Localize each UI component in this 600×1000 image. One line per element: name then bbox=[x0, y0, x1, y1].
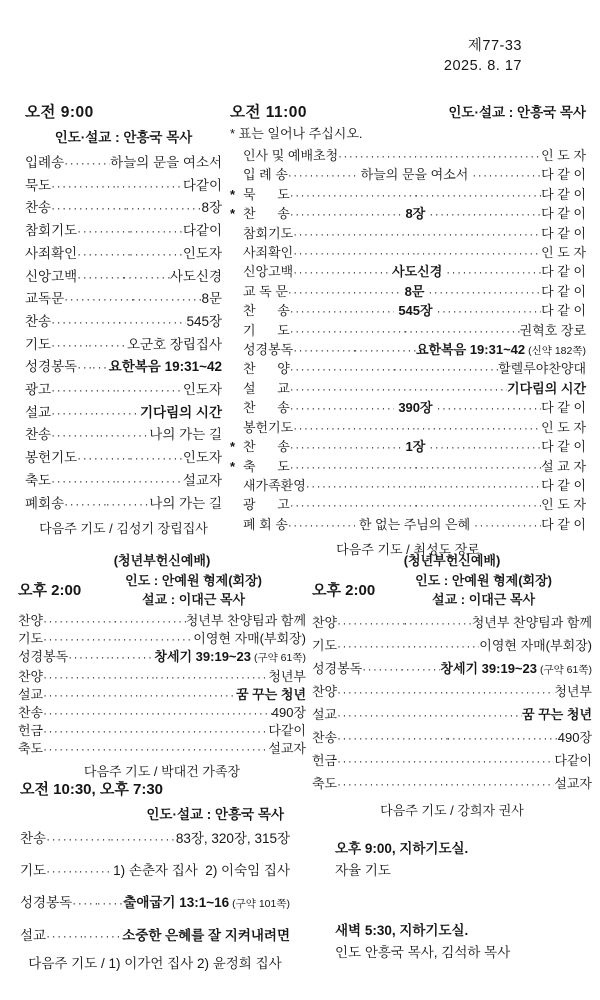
stand-asterisk: * bbox=[230, 205, 243, 223]
dot-leader bbox=[288, 516, 355, 535]
dot-leader bbox=[288, 283, 401, 302]
dot-leader bbox=[106, 493, 150, 516]
dot-leader bbox=[43, 612, 115, 630]
dot-leader bbox=[290, 458, 417, 477]
page-reference: (구약 61쪽) bbox=[251, 650, 306, 667]
dot-leader bbox=[290, 205, 402, 224]
order-row: 찬송 83장, 320장, 315장 bbox=[20, 823, 290, 855]
order-item-label: 성경봉독 bbox=[25, 356, 77, 379]
dot-leader bbox=[446, 263, 541, 282]
order-item-mid-value: 545장 bbox=[394, 302, 436, 320]
order-item-label: 신앙고백 bbox=[243, 263, 293, 281]
order-row: 참회기도 다 같 이 bbox=[230, 225, 586, 244]
dot-leader bbox=[116, 379, 183, 402]
order-item-value: 다 같 이 bbox=[541, 263, 586, 281]
dot-leader bbox=[293, 263, 388, 282]
dot-leader bbox=[77, 220, 131, 243]
dot-leader bbox=[337, 681, 447, 704]
order-item-value: 인 도 자 bbox=[541, 244, 586, 262]
order-item-label: 기도 bbox=[312, 635, 337, 657]
service-time: 오후 2:00 bbox=[312, 571, 375, 609]
dot-leader bbox=[337, 612, 405, 635]
service-time: 오전 11:00 bbox=[230, 100, 307, 122]
dot-leader bbox=[290, 399, 395, 418]
page-reference: (신약 182쪽) bbox=[525, 342, 586, 360]
order-item-label: 찬 송 bbox=[243, 205, 290, 223]
dot-leader bbox=[429, 704, 522, 727]
dot-leader bbox=[445, 773, 555, 796]
dot-leader bbox=[422, 477, 541, 496]
order-item-label: 찬 송 bbox=[243, 438, 290, 456]
service-time: 오후 2:00 bbox=[18, 571, 81, 609]
order-item-value: 인 도 자 bbox=[541, 496, 586, 514]
dot-leader bbox=[99, 424, 149, 447]
dot-leader bbox=[428, 283, 541, 302]
order-row: 찬양 청년부 bbox=[18, 668, 306, 686]
order-row: 교독문 8문 bbox=[25, 288, 222, 311]
order-item-value: 사도신경 bbox=[170, 266, 222, 289]
dot-leader bbox=[437, 302, 542, 321]
dawn-prayer: 새벽 5:30, 지하기도실. 인도 안흥국 목사, 김석하 목사 bbox=[335, 920, 590, 964]
order-row: 축도 설교자 bbox=[312, 773, 592, 796]
dot-leader bbox=[123, 266, 170, 289]
order-item-label: 신앙고백 bbox=[25, 266, 77, 289]
dot-leader bbox=[290, 380, 400, 399]
order-item-value: 청년부 bbox=[554, 681, 592, 703]
order-item-value: 인도자 bbox=[183, 243, 222, 266]
dot-leader bbox=[290, 496, 417, 515]
dot-leader bbox=[43, 740, 157, 758]
order-row: 설교 소중한 은혜를 잘 지켜내려면 bbox=[20, 920, 290, 952]
order-row: 성경봉독 요한복음 19:31~42 bbox=[25, 356, 222, 379]
order-item-value: 나의 가는 길 bbox=[149, 493, 222, 516]
order-item-mid-value: 8문 bbox=[401, 283, 429, 301]
dot-leader bbox=[290, 302, 395, 321]
order-item-label: 설교 bbox=[312, 704, 337, 726]
next-week-prayer: 다음주 기도 / 김성기 장립집사 bbox=[25, 518, 222, 537]
order-item-label: 헌금 bbox=[312, 750, 337, 772]
order-item-value: 창세기 39:19~23 bbox=[154, 648, 251, 665]
order-row: 성경봉독 창세기 39:19~23 (구약 61쪽) bbox=[312, 658, 592, 681]
dot-leader bbox=[51, 311, 120, 334]
order-item-value: 다 같 이 bbox=[541, 225, 586, 243]
order-item-value: 다 같 이 bbox=[541, 166, 586, 184]
order-item-label: 찬송 bbox=[18, 704, 43, 721]
dot-leader bbox=[437, 399, 542, 418]
dot-leader bbox=[51, 470, 118, 493]
order-item-value: 이영현 자매(부회장) bbox=[479, 635, 592, 657]
evening-prayer: 오후 9:00, 지하기도실. 자율 기도 bbox=[335, 838, 590, 882]
order-item-label: 참회기도 bbox=[243, 225, 293, 243]
order-item-label: 설교 bbox=[25, 402, 51, 425]
order-row: 입례송 하늘의 문을 여소서 bbox=[25, 152, 222, 175]
dot-leader bbox=[139, 686, 236, 704]
dot-leader bbox=[43, 668, 157, 686]
order-item-value: 다같이 bbox=[554, 750, 592, 772]
dot-leader bbox=[393, 360, 498, 379]
issue-number: 제77-33 bbox=[444, 36, 522, 56]
service-leader-line1: 인도 : 안예원 형제(회장) bbox=[125, 573, 262, 588]
dot-leader bbox=[51, 379, 118, 402]
stand-note: * 표는 일어나 주십시오. bbox=[230, 124, 586, 144]
order-item-value: 나의 가는 길 bbox=[149, 424, 222, 447]
order-item-value: 다같이 bbox=[183, 175, 222, 198]
order-item-value: 83장, 320장, 315장 bbox=[176, 823, 290, 854]
stand-asterisk: * bbox=[230, 458, 243, 476]
youth-service-title: (청년부헌신예배) bbox=[312, 552, 592, 570]
order-item-value: 청년부 찬양팀과 함께 bbox=[186, 612, 306, 629]
dot-leader bbox=[290, 438, 402, 457]
dot-leader bbox=[337, 773, 447, 796]
dot-leader bbox=[290, 186, 417, 205]
order-item-label: 설교 bbox=[20, 920, 46, 951]
order-item-label: 찬송 bbox=[312, 727, 337, 749]
dot-leader bbox=[79, 855, 114, 887]
dot-leader bbox=[97, 887, 124, 919]
order-row: 새가족환영 다 같 이 bbox=[230, 477, 586, 496]
dot-leader bbox=[337, 727, 448, 750]
order-row: 신앙고백 사도신경 다 같 이 bbox=[230, 263, 586, 282]
order-item-value: 다 같 이 bbox=[541, 399, 586, 417]
order-item-label: 찬송 bbox=[20, 823, 46, 854]
order-item-value: 다 같 이 bbox=[541, 438, 586, 456]
order-row: 성경봉독 요한복음 19:31~42 (신약 182쪽) bbox=[230, 341, 586, 360]
order-row: * 찬 송 8장 다 같 이 bbox=[230, 205, 586, 224]
order-item-label: 폐회송 bbox=[25, 493, 64, 516]
dot-leader bbox=[288, 166, 357, 185]
dot-leader bbox=[43, 722, 157, 740]
order-item-label: 설 교 bbox=[243, 380, 290, 398]
order-row: 폐회송 나의 가는 길 bbox=[25, 493, 222, 516]
dot-leader bbox=[293, 341, 355, 360]
order-item-mid-value: 하늘의 문을 여소서 bbox=[357, 166, 473, 184]
dot-leader bbox=[414, 496, 541, 515]
order-row: 참회기도 다같이 bbox=[25, 220, 222, 243]
dot-leader bbox=[86, 152, 110, 175]
section-youth-service-right: (청년부헌신예배) 오후 2:00 인도 : 안예원 형제(회장) 설교 : 이… bbox=[312, 552, 592, 819]
dot-leader bbox=[293, 225, 418, 244]
section-youth-service-left: (청년부헌신예배) 오후 2:00 인도 : 안예원 형제(회장) 설교 : 이… bbox=[18, 552, 306, 780]
service-leader-line2: 설교 : 이대근 목사 bbox=[432, 592, 535, 607]
dot-leader bbox=[306, 477, 425, 496]
order-item-label: 폐 회 송 bbox=[243, 516, 288, 534]
order-item-value: 8장 bbox=[201, 197, 222, 220]
order-item-label: 찬 송 bbox=[243, 399, 290, 417]
order-item-value: 545장 bbox=[186, 311, 222, 334]
service-time: 오전 9:00 bbox=[25, 100, 222, 122]
order-item-label: 축도 bbox=[312, 773, 337, 795]
order-item-value: 8문 bbox=[201, 288, 222, 311]
order-item-value: 기다림의 시간 bbox=[507, 380, 586, 398]
dot-leader bbox=[116, 470, 183, 493]
dot-leader bbox=[446, 727, 557, 750]
order-item-value: 다 같 이 bbox=[541, 516, 586, 534]
dot-leader bbox=[43, 704, 158, 722]
order-row: 찬 송 545장 다 같 이 bbox=[230, 302, 586, 321]
order-item-value: 1) 손춘자 집사 2) 이숙임 집사 bbox=[113, 855, 290, 886]
service-leader: 인도·설교 : 안흥국 목사 bbox=[448, 101, 586, 121]
dot-leader bbox=[290, 322, 406, 341]
next-week-prayer: 다음주 기도 / 강희자 권사 bbox=[312, 800, 592, 819]
order-row: 설 교 기다림의 시간 bbox=[230, 380, 586, 399]
order-row: * 찬 송 1장 다 같 이 bbox=[230, 438, 586, 457]
dot-leader bbox=[95, 402, 140, 425]
order-item-value: 다 같 이 bbox=[541, 186, 586, 204]
dot-leader bbox=[474, 516, 541, 535]
prayer-time: 새벽 5:30, 지하기도실. bbox=[335, 920, 590, 942]
order-row: 사죄확인 인 도 자 bbox=[230, 244, 586, 263]
order-item-mid-value: 390장 bbox=[394, 399, 436, 417]
order-item-value: 490장 bbox=[558, 727, 592, 749]
order-of-worship: 찬양 청년부 찬양팀과 함께 기도 이영현 자매(부회장) bbox=[18, 612, 306, 759]
order-item-label: 인사 및 예배초청 bbox=[243, 147, 338, 165]
dot-leader bbox=[337, 750, 447, 773]
order-item-value: 설교자 bbox=[554, 773, 592, 795]
order-row: 기도 오군호 장립집사 bbox=[25, 334, 222, 357]
order-item-label: 축 도 bbox=[243, 458, 290, 476]
dot-leader bbox=[416, 225, 541, 244]
order-item-label: 설교 bbox=[18, 686, 43, 703]
order-row: 성경봉독 출애굽기 13:1~16 (구약 101쪽) bbox=[20, 887, 290, 920]
order-item-label: 찬양 bbox=[18, 668, 43, 685]
order-item-label: 성경봉독 bbox=[20, 887, 72, 918]
order-row: 설교 꿈 꾸는 청년 bbox=[312, 704, 592, 727]
dot-leader bbox=[445, 750, 555, 773]
order-item-label: 헌금 bbox=[18, 722, 43, 739]
prayer-time: 오후 9:00, 지하기도실. bbox=[335, 838, 590, 860]
order-item-label: 입 례 송 bbox=[243, 166, 288, 184]
order-item-label: 봉헌기도 bbox=[243, 419, 293, 437]
prayer-detail: 인도 안흥국 목사, 김석하 목사 bbox=[335, 942, 590, 964]
dot-leader bbox=[113, 612, 185, 630]
dot-leader bbox=[129, 243, 183, 266]
dot-leader bbox=[445, 681, 555, 704]
order-item-label: 광고 bbox=[25, 379, 51, 402]
order-item-label: 교 독 문 bbox=[243, 283, 288, 301]
order-item-value: 꿈 꾸는 청년 bbox=[236, 686, 306, 703]
order-item-label: 찬 양 bbox=[243, 360, 290, 378]
service-leader: 인도·설교 : 안흥국 목사 bbox=[25, 126, 222, 146]
order-item-label: 찬양 bbox=[312, 681, 337, 703]
dot-leader bbox=[43, 686, 140, 704]
order-item-label: 성경봉독 bbox=[18, 648, 68, 665]
dot-leader bbox=[472, 166, 541, 185]
masthead: 제77-33 2025. 8. 17 bbox=[444, 36, 522, 76]
order-item-value: 청년부 찬양팀과 함께 bbox=[472, 612, 592, 634]
dot-leader bbox=[51, 175, 118, 198]
order-item-label: 찬양 bbox=[18, 612, 43, 629]
dot-leader bbox=[46, 823, 112, 855]
dot-leader bbox=[414, 186, 541, 205]
order-row: 봉헌기도 인 도 자 bbox=[230, 419, 586, 438]
service-leaders: 인도 : 안예원 형제(회장) 설교 : 이대근 목사 bbox=[81, 571, 306, 609]
order-row: * 축 도 설 교 자 bbox=[230, 458, 586, 477]
order-item-label: 교독문 bbox=[25, 288, 64, 311]
dot-leader bbox=[83, 920, 122, 952]
order-item-value: 할렐루야찬양대 bbox=[498, 360, 586, 378]
service-header: 오전 11:00 인도·설교 : 안흥국 목사 bbox=[230, 100, 586, 122]
order-item-value: 오군호 장립집사 bbox=[127, 334, 222, 357]
service-leader-line2: 설교 : 이대근 목사 bbox=[142, 592, 245, 607]
page-reference: (구약 101쪽) bbox=[229, 889, 290, 920]
order-item-value: 기다림의 시간 bbox=[140, 402, 222, 425]
order-item-value: 다같이 bbox=[183, 220, 222, 243]
dot-leader bbox=[337, 704, 430, 727]
order-item-label: 묵도 bbox=[25, 175, 51, 198]
order-item-label: 축도 bbox=[18, 740, 43, 757]
order-row: 광 고 인 도 자 bbox=[230, 496, 586, 515]
dot-leader bbox=[132, 288, 202, 311]
dot-leader bbox=[116, 175, 183, 198]
order-of-worship: 인사 및 예배초청 인 도 자 입 례 송 하늘의 문을 여소서 다 같 이 bbox=[230, 147, 586, 535]
dot-leader bbox=[293, 419, 418, 438]
order-item-value: 인 도 자 bbox=[541, 147, 586, 165]
order-row: 축도 설교자 bbox=[25, 470, 222, 493]
dot-leader bbox=[51, 402, 96, 425]
dot-leader bbox=[416, 244, 541, 263]
order-row: 설교 꿈 꾸는 청년 bbox=[18, 686, 306, 704]
order-item-label: 찬송 bbox=[25, 311, 51, 334]
order-item-value: 요한복음 19:31~42 bbox=[416, 341, 525, 359]
order-row: 성경봉독 창세기 39:19~23 (구약 61쪽) bbox=[18, 648, 306, 667]
order-item-value: 소중한 은혜를 잘 지켜내려면 bbox=[122, 920, 290, 951]
dot-leader bbox=[290, 360, 395, 379]
order-item-mid-value: 1장 bbox=[402, 438, 430, 456]
youth-service-title: (청년부헌신예배) bbox=[18, 552, 306, 570]
order-item-label: 기도 bbox=[20, 855, 46, 886]
order-item-value: 요한복음 19:31~42 bbox=[109, 356, 222, 379]
order-item-value: 인 도 자 bbox=[541, 419, 586, 437]
order-item-label: 입례송 bbox=[25, 152, 64, 175]
order-item-label: 광 고 bbox=[243, 496, 290, 514]
order-item-value: 하늘의 문을 여소서 bbox=[110, 152, 222, 175]
next-week-prayer: 다음주 기도 / 박대건 가족장 bbox=[18, 761, 306, 780]
dot-leader bbox=[64, 288, 134, 311]
order-item-mid-value: 8장 bbox=[402, 205, 430, 223]
order-row: 기도 이영현 자매(부회장) bbox=[18, 630, 306, 648]
dot-leader bbox=[337, 635, 409, 658]
dot-leader bbox=[68, 648, 112, 666]
order-item-mid-value: 한 없는 주님의 은혜 bbox=[355, 516, 474, 534]
order-row: 교 독 문 8문 다 같 이 bbox=[230, 283, 586, 302]
order-item-label: 기 도 bbox=[243, 322, 290, 340]
dot-leader bbox=[77, 243, 131, 266]
issue-date: 2025. 8. 17 bbox=[444, 56, 522, 76]
order-row: 찬송 490장 bbox=[18, 704, 306, 722]
order-item-value: 다 같 이 bbox=[541, 205, 586, 223]
order-row: 봉헌기도 인도자 bbox=[25, 447, 222, 470]
order-item-value: 490장 bbox=[272, 704, 306, 721]
order-row: 찬송 490장 bbox=[312, 727, 592, 750]
order-item-value: 출애굽기 13:1~16 bbox=[123, 887, 229, 918]
dot-leader bbox=[64, 493, 108, 516]
dot-leader bbox=[129, 220, 183, 243]
stand-asterisk: * bbox=[230, 186, 243, 204]
order-item-label: 성경봉독 bbox=[243, 341, 293, 359]
order-item-value: 다 같 이 bbox=[541, 477, 586, 495]
dot-leader bbox=[77, 447, 131, 470]
dot-leader bbox=[156, 704, 271, 722]
dot-leader bbox=[414, 458, 541, 477]
dot-leader bbox=[72, 887, 99, 919]
order-item-value: 권혁호 장로 bbox=[520, 322, 586, 340]
order-row: 광고 인도자 bbox=[25, 379, 222, 402]
order-row: 설교 기다림의 시간 bbox=[25, 402, 222, 425]
order-item-label: 새가족환영 bbox=[243, 477, 306, 495]
order-item-label: 축도 bbox=[25, 470, 51, 493]
order-item-value: 설교자 bbox=[183, 470, 222, 493]
dot-leader bbox=[429, 438, 541, 457]
dot-leader bbox=[118, 311, 187, 334]
dot-leader bbox=[416, 419, 541, 438]
dot-leader bbox=[155, 668, 269, 686]
order-item-label: 사죄확인 bbox=[243, 244, 293, 262]
service-leaders: 인도 : 안예원 형제(회장) 설교 : 이대근 목사 bbox=[375, 571, 592, 609]
dot-leader bbox=[43, 630, 119, 648]
order-row: 찬양 청년부 찬양팀과 함께 bbox=[312, 612, 592, 635]
dot-leader bbox=[92, 356, 109, 379]
order-row: 기 도 권혁호 장로 bbox=[230, 322, 586, 341]
next-week-prayer: 다음주 기도 / 1) 이가언 집사 2) 윤정희 집사 bbox=[20, 952, 290, 976]
order-item-value: 이영현 자매(부회장) bbox=[193, 630, 306, 647]
order-row: 축도 설교자 bbox=[18, 740, 306, 758]
order-row: 헌금 다같이 bbox=[312, 750, 592, 773]
order-of-worship: 입례송 하늘의 문을 여소서 묵도 다같이 bbox=[25, 152, 222, 515]
order-row: 기도 이영현 자매(부회장) bbox=[312, 635, 592, 658]
bulletin-page: 제77-33 2025. 8. 17 오전 9:00 인도·설교 : 안흥국 목… bbox=[0, 0, 600, 1000]
dot-leader bbox=[400, 658, 440, 681]
dot-leader bbox=[338, 147, 440, 166]
order-row: 찬양 청년부 bbox=[312, 681, 592, 704]
dot-leader bbox=[429, 205, 541, 224]
section-prayer-meetings: 오후 9:00, 지하기도실. 자율 기도 새벽 5:30, 지하기도실. 인도… bbox=[335, 838, 590, 964]
order-item-value: 다같이 bbox=[268, 722, 306, 739]
dot-leader bbox=[403, 612, 471, 635]
stand-asterisk: * bbox=[230, 438, 243, 456]
order-item-value: 설교자 bbox=[268, 740, 306, 757]
order-item-label: 봉헌기도 bbox=[25, 447, 77, 470]
order-item-label: 성경봉독 bbox=[312, 658, 362, 680]
order-row: 신앙고백 사도신경 bbox=[25, 266, 222, 289]
order-of-worship: 찬양 청년부 찬양팀과 함께 기도 이영현 자매(부회장) bbox=[312, 612, 592, 796]
order-row: 찬송 8장 bbox=[25, 197, 222, 220]
page-reference: (구약 61쪽) bbox=[537, 659, 592, 681]
order-of-worship: 찬송 83장, 320장, 315장 기도 1) 손춘자 집사 2) 이숙임 집… bbox=[20, 823, 290, 952]
order-row: 찬송 나의 가는 길 bbox=[25, 424, 222, 447]
dot-leader bbox=[439, 147, 541, 166]
dot-leader bbox=[110, 648, 154, 666]
order-row: * 묵 도 다 같 이 bbox=[230, 186, 586, 205]
dot-leader bbox=[88, 334, 127, 357]
dot-leader bbox=[293, 244, 418, 263]
dot-leader bbox=[46, 855, 81, 887]
dot-leader bbox=[46, 920, 85, 952]
section-service-9am: 오전 9:00 인도·설교 : 안흥국 목사 입례송 하늘의 문을 여소서 묵도 bbox=[25, 100, 222, 537]
section-wednesday-service: 오전 10:30, 오후 7:30 인도·설교 : 안흥국 목사 찬송 83장,… bbox=[20, 778, 290, 976]
service-leader-line1: 인도 : 안예원 형제(회장) bbox=[415, 573, 552, 588]
order-row: 찬 송 390장 다 같 이 bbox=[230, 399, 586, 418]
order-row: 폐 회 송 한 없는 주님의 은혜 다 같 이 bbox=[230, 516, 586, 535]
order-row: 찬송 545장 bbox=[25, 311, 222, 334]
order-row: 사죄확인 인도자 bbox=[25, 243, 222, 266]
dot-leader bbox=[129, 447, 183, 470]
order-row: 기도 1) 손춘자 집사 2) 이숙임 집사 bbox=[20, 855, 290, 887]
service-time: 오전 10:30, 오후 7:30 bbox=[20, 778, 290, 799]
dot-leader bbox=[77, 266, 124, 289]
order-item-label: 기도 bbox=[25, 334, 51, 357]
order-item-label: 찬송 bbox=[25, 197, 51, 220]
youth-service-header: 오후 2:00 인도 : 안예원 형제(회장) 설교 : 이대근 목사 bbox=[18, 571, 306, 609]
